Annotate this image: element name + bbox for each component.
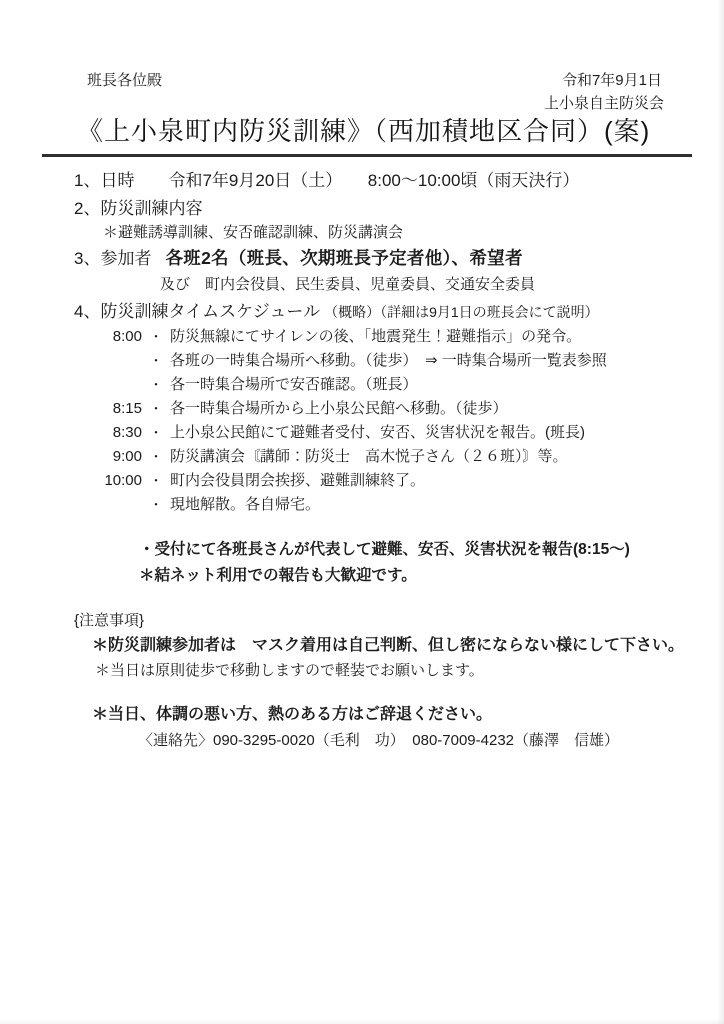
caution-health-line: ＊当日、体調の悪い方、熱のある方はご辞退ください。 [92,701,492,724]
schedule-row: 9:00 ・ 防災講演会〘講師：防災士 高木悦子さん（２６班）〙等。 [0,445,724,469]
schedule-text: 町内会役員閉会挨拶、避難訓練終了。 [170,469,724,493]
schedule-label: 4、防災訓練タイムスケジュール [74,302,320,321]
schedule-row: 8:00 ・ 防災無線にてサイレンの後、「地震発生！避難指示」の発令。 [0,325,724,349]
bullet-icon: ・ [142,469,170,493]
schedule-text: 現地解散。各自帰宅。 [170,493,724,517]
schedule-text: 各班の一時集合場所へ移動。（徒歩） ⇒ 一時集合場所一覧表参照 [170,349,724,373]
bullet-icon: ・ [142,325,170,349]
caution-walk-line: ＊当日は原則徒歩で移動しますので軽装でお願いします。 [95,659,484,680]
schedule-row: 8:30 ・ 上小泉公民館にて避難者受付、安否、災害状況を報告。(班長) [0,421,724,445]
bullet-icon: ・ [142,373,170,397]
schedule-time: 8:30 [0,421,142,445]
scan-edge-bottom [0,1019,724,1024]
participants-value: 各班2名（班長、次期班長予定者他）、希望者 [165,248,522,268]
bullet-icon: ・ [142,493,170,517]
schedule-time: 10:00 [0,469,142,493]
recipient-line: 班長各位殿 [87,69,162,90]
schedule-row: 10:00 ・ 町内会役員閉会挨拶、避難訓練終了。 [0,469,724,493]
contact-line: 〈連絡先〉090-3295-0020（毛利 功） 080-7009-4232（藤… [138,729,619,750]
scan-edge-right [717,0,724,1024]
note-yuinet-line: ＊結ネット利用での報告も大歓迎です。 [139,563,417,585]
bullet-icon: ・ [142,349,170,373]
participants-label: 3、参加者 [74,249,151,268]
item-datetime: 1、日時 令和7年9月20日（土） 8:00～10:00頃（雨天決行） [74,166,579,191]
schedule-detail: （概略）（詳細は9月1日の班長会にて説明） [324,304,599,320]
note-report-line: ・受付にて各班長さんが代表して避難、安否、災害状況を報告(8:15～) [139,537,630,559]
schedule-text: 防災無線にてサイレンの後、「地震発生！避難指示」の発令。 [170,325,724,349]
item-content-label: 2、防災訓練内容 [74,194,202,219]
schedule-text: 上小泉公民館にて避難者受付、安否、災害状況を報告。(班長) [170,421,724,445]
schedule-row: ・ 各一時集合場所で安否確認。（班長） [0,373,724,397]
schedule-row: ・ 現地解散。各自帰宅。 [0,493,724,517]
bullet-icon: ・ [142,397,170,421]
schedule-text: 防災講演会〘講師：防災士 高木悦子さん（２６班）〙等。 [170,445,724,469]
scanned-notice-page: 班長各位殿 令和7年9月1日 上小泉自主防災会 《上小泉町内防災訓練》（西加積地… [0,0,724,1024]
schedule-time: 8:15 [0,397,142,421]
item-content-detail: ＊避難誘導訓練、安否確認訓練、防災講演会 [103,221,403,242]
schedule-row: ・ 各班の一時集合場所へ移動。（徒歩） ⇒ 一時集合場所一覧表参照 [0,349,724,373]
schedule-row: 8:15 ・ 各一時集合場所から上小泉公民館へ移動。（徒歩） [0,397,724,421]
document-date: 令和7年9月1日 [562,69,662,90]
item-schedule-heading: 4、防災訓練タイムスケジュール（概略）（詳細は9月1日の班長会にて説明） [74,297,599,322]
issuing-organization: 上小泉自主防災会 [544,92,664,113]
title-underline [42,154,692,157]
cautions-header: {注意事項} [74,609,144,630]
schedule-table: 8:00 ・ 防災無線にてサイレンの後、「地震発生！避難指示」の発令。 ・ 各班… [0,325,724,517]
document-title: 《上小泉町内防災訓練》（西加積地区合同）(案) [77,111,650,148]
schedule-time: 8:00 [0,325,142,349]
schedule-text: 各一時集合場所から上小泉公民館へ移動。（徒歩） [170,397,724,421]
bullet-icon: ・ [142,445,170,469]
bullet-icon: ・ [142,421,170,445]
participants-extra: 及び 町内会役員、民生委員、児童委員、交通安全委員 [160,273,535,294]
caution-mask-line: ＊防災訓練参加者は マスク着用は自己判断、但し密にならない様にして下さい。 [92,632,684,655]
schedule-time: 9:00 [0,445,142,469]
schedule-text: 各一時集合場所で安否確認。（班長） [170,373,724,397]
item-participants: 3、参加者各班2名（班長、次期班長予定者他）、希望者 [74,244,523,270]
